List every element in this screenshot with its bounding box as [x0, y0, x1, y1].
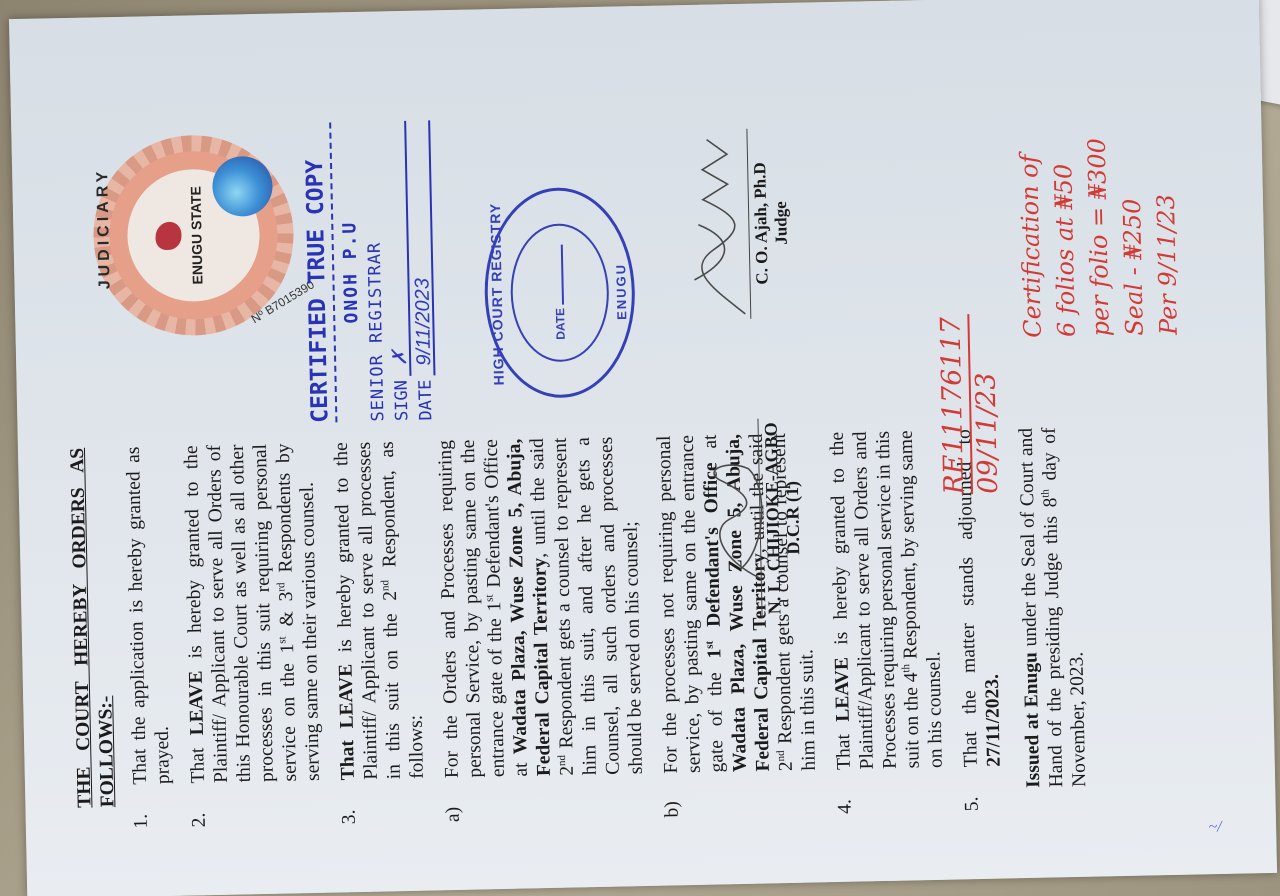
certified-true-copy-stamp: CERTIFIED TRUE COPY ONOH P.U SENIOR REGI…: [301, 120, 436, 423]
seal-arc-text: JUDICIARY: [94, 167, 115, 289]
stamp-date-row: DATE9/11/2023: [410, 120, 436, 420]
order-item-2: 2.That LEAVE is hereby granted to the Pl…: [180, 443, 326, 806]
registry-stamp: HIGH COURT REGISTRY DATE ENUGU: [483, 186, 637, 399]
judge-signature-block: C. O. Ajah, Ph.D Judge: [746, 123, 793, 324]
registry-stamp-bottom: ENUGU: [612, 186, 631, 396]
stamp-title: CERTIFIED TRUE COPY: [301, 122, 337, 423]
order-item-3: 3.That LEAVE is hereby granted to the Pl…: [330, 441, 430, 803]
order-item-3a: a)For the Orders and Processes requiring…: [434, 436, 648, 800]
blue-pen-mark: ~/: [1208, 818, 1221, 836]
handwritten-certification-fee: Certification of 6 folios at ₦50 per fol…: [1009, 5, 1186, 338]
document-photo: THE COURT HEREBY ORDERS AS FOLLOWS:- 1.T…: [9, 0, 1277, 896]
orders-heading: THE COURT HEREBY ORDERS AS FOLLOWS:-: [66, 447, 120, 808]
stamp-role: SENIOR REGISTRAR: [362, 121, 388, 421]
order-item-1: 1.That the application is hereby granted…: [122, 446, 176, 807]
registry-stamp-date: DATE: [552, 245, 568, 340]
judge-title: Judge: [769, 123, 793, 323]
stamp-name: ONOH P.U: [337, 122, 364, 422]
stamp-date-value: 9/11/2023: [410, 120, 435, 375]
issued-statement: Issued at Enugu under the Seal of Court …: [1015, 427, 1092, 788]
stamp-sign-row: SIGN✗: [386, 121, 412, 421]
judiciary-seal: JUDICIARY ENUGU STATE Nº B7015390: [91, 133, 295, 337]
judge-signature: [671, 129, 755, 321]
registrar-signature-block: N. L. CHIJIOKE-AGBO D.C.R (1): [757, 408, 805, 629]
registrar-signature: [698, 448, 771, 589]
court-order-page: THE COURT HEREBY ORDERS AS FOLLOWS:- 1.T…: [9, 0, 1277, 896]
order-item-4: 4.That LEAVE is hereby granted to the Pl…: [826, 430, 949, 792]
handwritten-receipt: RE11176117 09/11/23: [935, 313, 1005, 494]
